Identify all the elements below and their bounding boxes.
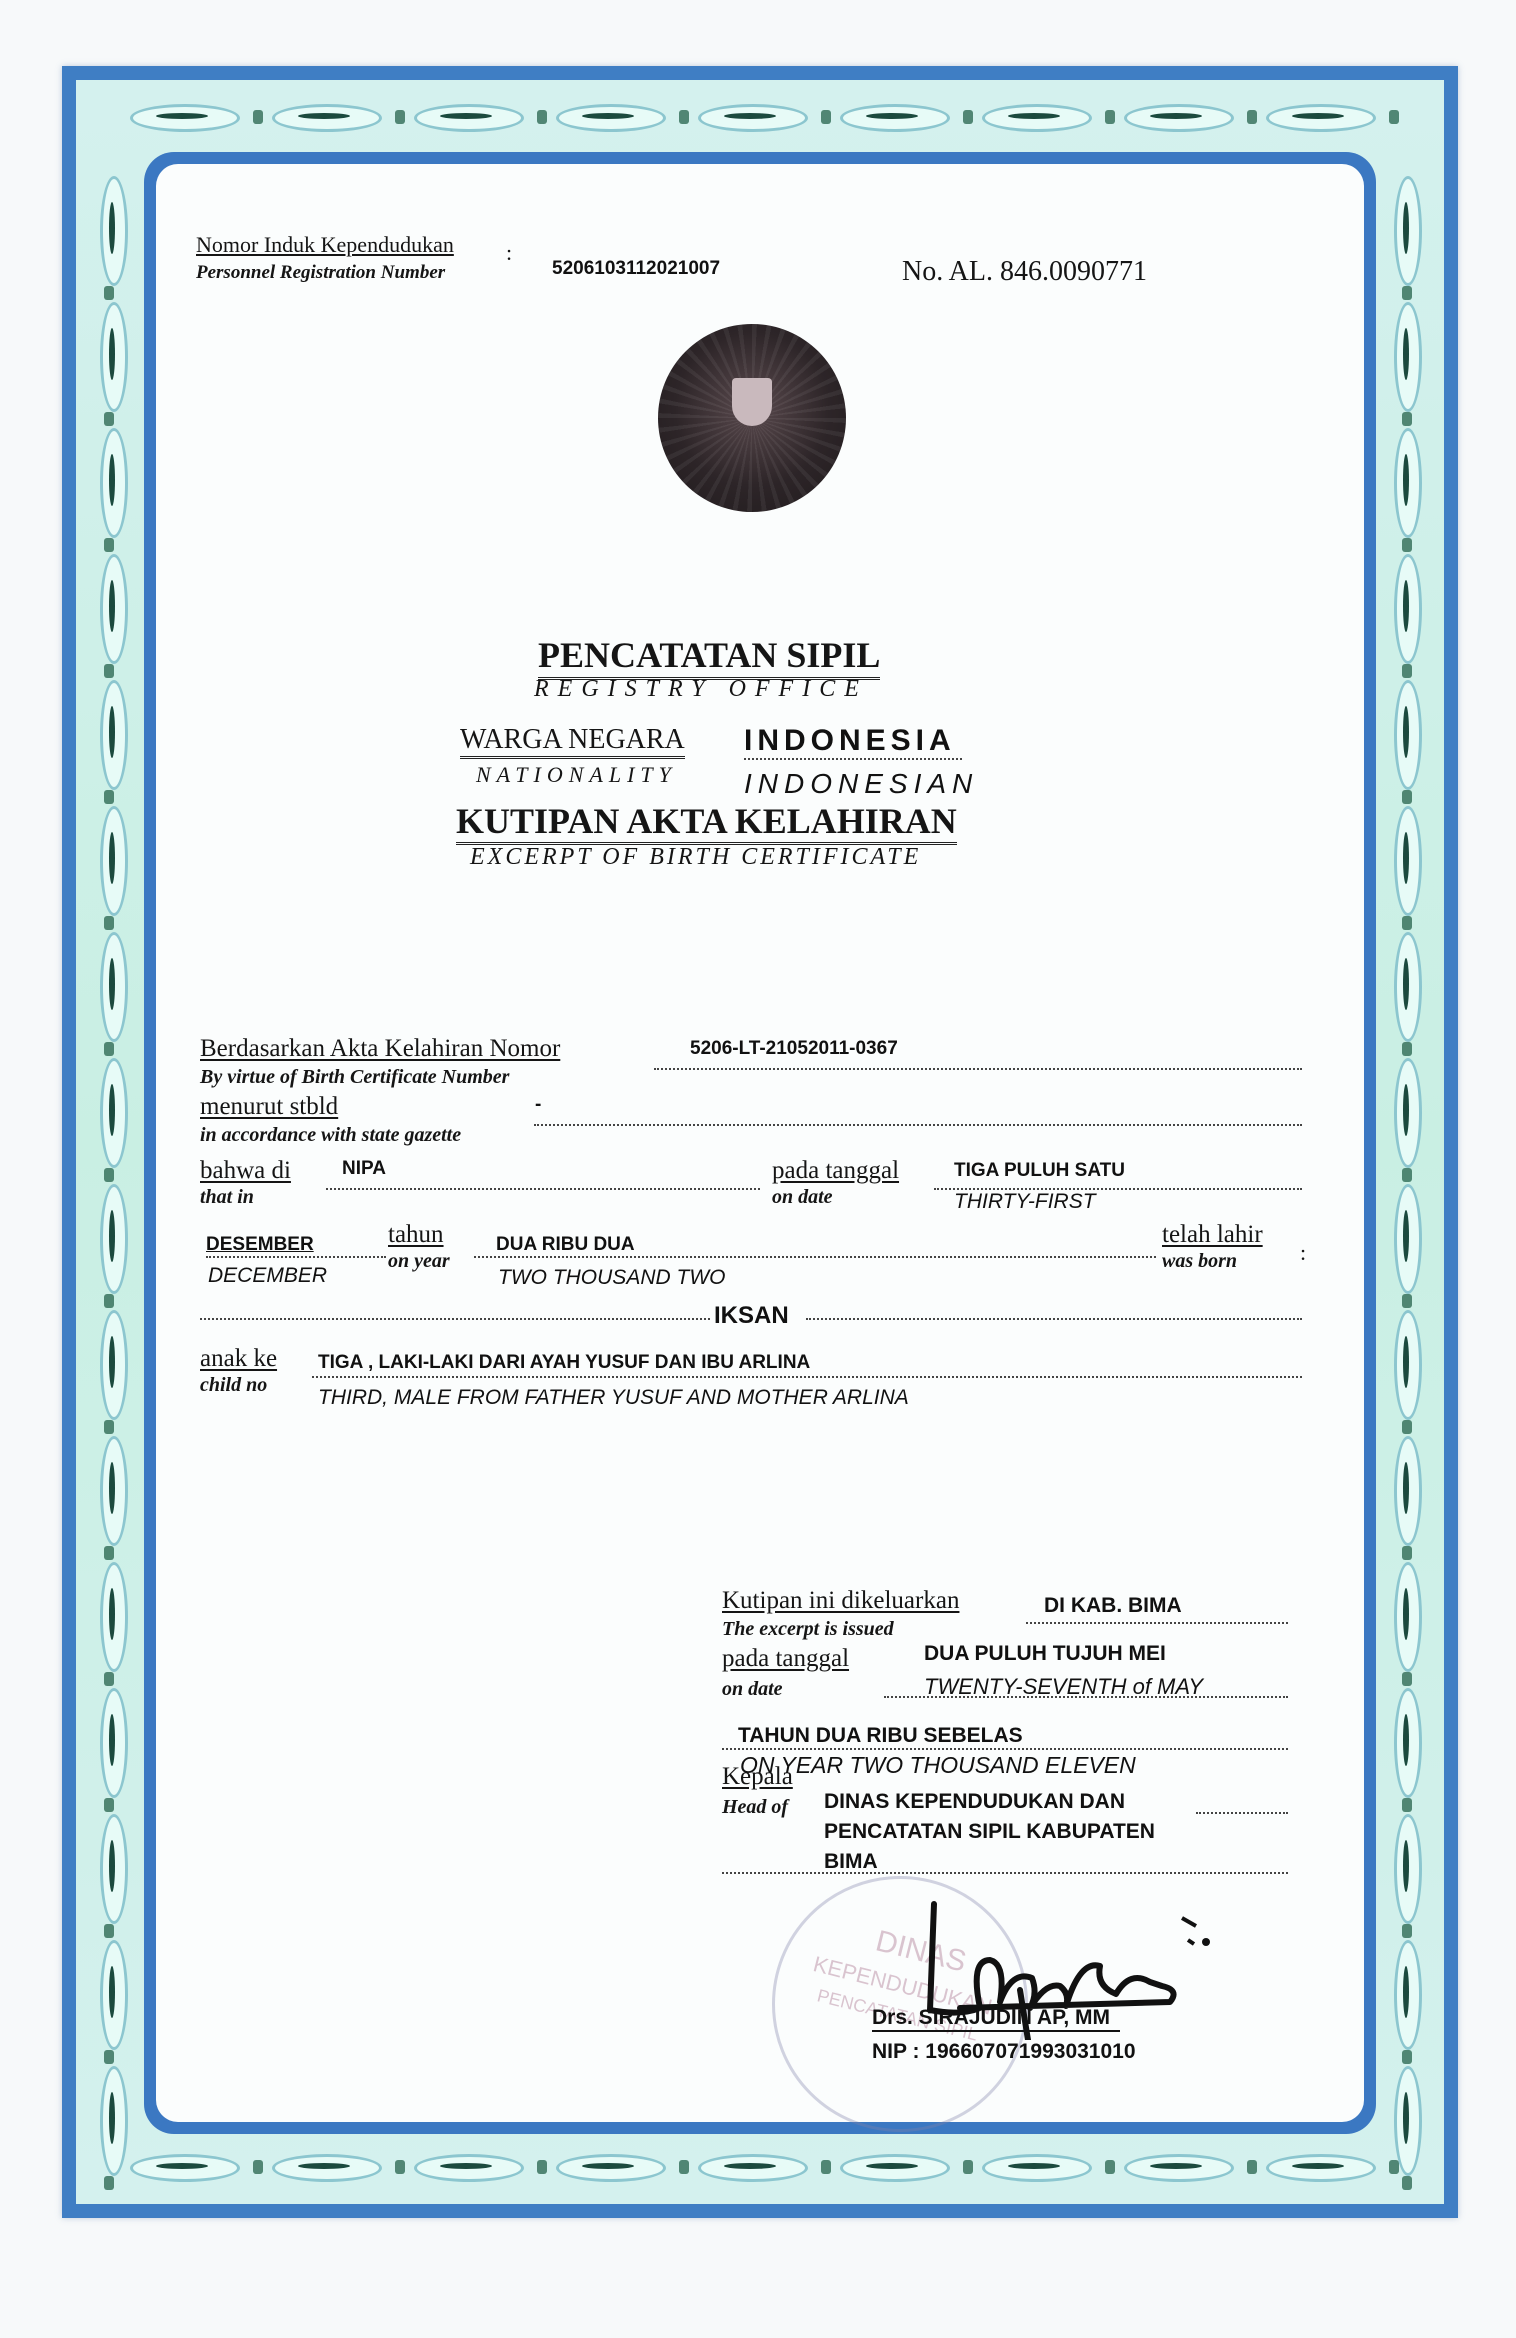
border-ornament-icon [1104, 96, 1254, 140]
issued-value: DI KAB. BIMA [1044, 1594, 1182, 1618]
border-ornament-icon [252, 2146, 402, 2190]
border-ornament-icon [536, 2146, 686, 2190]
border-ornament-icon [962, 96, 1112, 140]
border-ornament-icon [1386, 2046, 1430, 2196]
date-value-en: THIRTY-FIRST [954, 1190, 1096, 1214]
signatory-name: Drs. SIRAJUDIN AP, MM [872, 2006, 1120, 2032]
nationality-value-en: INDONESIAN [744, 768, 978, 800]
border-ornament-icon [820, 2146, 970, 2190]
month-value-en: DECEMBER [208, 1264, 327, 1288]
stbld-label-en: in accordance with state gazette [200, 1124, 461, 1146]
born-label-en: was born [1162, 1250, 1237, 1272]
border-ornament-icon [536, 96, 686, 140]
place-value: NIPA [342, 1158, 386, 1180]
date-label-en: on date [772, 1186, 833, 1208]
border-ornament-icon [1104, 2146, 1254, 2190]
serial-number: No. AL. 846.0090771 [902, 256, 1147, 288]
nik-label-id: Nomor Induk Kependudukan [196, 232, 454, 258]
nationality-label-id: WARGA NEGARA [460, 724, 685, 759]
head-value-line2: PENCATATAN SIPIL KABUPATEN [824, 1820, 1155, 1844]
place-label-en: that in [200, 1186, 254, 1208]
border-ornament-icon [678, 96, 828, 140]
child-no-value-id: TIGA , LAKI-LAKI DARI AYAH YUSUF DAN IBU… [318, 1352, 810, 1374]
stbld-value: - [535, 1094, 541, 1116]
year-value-id: DUA RIBU DUA [496, 1234, 635, 1256]
head-label-en: Head of [722, 1796, 788, 1818]
head-label-id: Kepala [722, 1764, 793, 1790]
date-label-id: pada tanggal [772, 1158, 899, 1184]
cert-number-value: 5206-LT-21052011-0367 [690, 1038, 898, 1060]
child-no-label-en: child no [200, 1374, 267, 1396]
border-ornament-icon [962, 2146, 1112, 2190]
place-label-id: bahwa di [200, 1158, 291, 1184]
certificate-title-id: KUTIPAN AKTA KELAHIRAN [456, 800, 957, 845]
child-no-label-id: anak ke [200, 1346, 277, 1372]
stbld-label-id: menurut stbld [200, 1094, 338, 1120]
office-title-id: PENCATATAN SIPIL [538, 634, 880, 680]
border-ornament-icon [110, 96, 260, 140]
nationality-value-id: INDONESIA [744, 724, 962, 760]
issue-date-label-en: on date [722, 1678, 783, 1700]
issued-label-id: Kutipan ini dikeluarkan [722, 1588, 959, 1614]
born-colon: : [1300, 1240, 1306, 1266]
border-ornament-icon [394, 96, 544, 140]
nik-colon: : [506, 240, 512, 266]
signatory-nip: NIP : 196607071993031010 [872, 2040, 1136, 2064]
cert-number-label-en: By virtue of Birth Certificate Number [200, 1066, 509, 1088]
certificate-title-en: EXCERPT OF BIRTH CERTIFICATE [470, 844, 921, 871]
garuda-emblem-icon [658, 324, 846, 512]
year-value-en: TWO THOUSAND TWO [498, 1266, 725, 1290]
child-no-value-en: THIRD, MALE FROM FATHER YUSUF AND MOTHER… [318, 1386, 909, 1410]
issue-date-label-id: pada tanggal [722, 1646, 849, 1672]
cert-number-label-id: Berdasarkan Akta Kelahiran Nomor [200, 1036, 560, 1062]
issue-year-value-id: TAHUN DUA RIBU SEBELAS [738, 1724, 1023, 1748]
border-dot-icon [1402, 2176, 1412, 2190]
month-value-id: DESEMBER [206, 1234, 314, 1256]
date-value-id: TIGA PULUH SATU [954, 1160, 1125, 1182]
border-ornament-icon [252, 96, 402, 140]
border-ornament-icon [1246, 2146, 1396, 2190]
border-dot-icon [104, 2176, 114, 2190]
issue-year-value-en: ON YEAR TWO THOUSAND ELEVEN [740, 1752, 1136, 1779]
issued-label-en: The excerpt is issued [722, 1618, 894, 1640]
child-name: IKSAN [714, 1302, 789, 1330]
office-title-en: REGISTRY OFFICE [534, 676, 868, 703]
year-label-id: tahun [388, 1222, 444, 1248]
shield-icon [732, 378, 772, 426]
nik-value: 5206103112021007 [552, 258, 720, 280]
year-label-en: on year [388, 1250, 450, 1272]
border-dot-icon [1389, 110, 1399, 124]
nationality-label-en: NATIONALITY [476, 762, 677, 788]
head-value-line1: DINAS KEPENDUDUKAN DAN [824, 1790, 1125, 1814]
issue-date-value-id: DUA PULUH TUJUH MEI [924, 1642, 1166, 1666]
border-ornament-icon [678, 2146, 828, 2190]
border-ornament-icon [92, 2046, 136, 2196]
border-ornament-icon [1246, 96, 1396, 140]
nik-label-en: Personnel Registration Number [196, 262, 445, 284]
born-label-id: telah lahir [1162, 1222, 1263, 1248]
head-value-line3: BIMA [824, 1850, 878, 1874]
border-ornament-icon [394, 2146, 544, 2190]
border-ornament-icon [820, 96, 970, 140]
